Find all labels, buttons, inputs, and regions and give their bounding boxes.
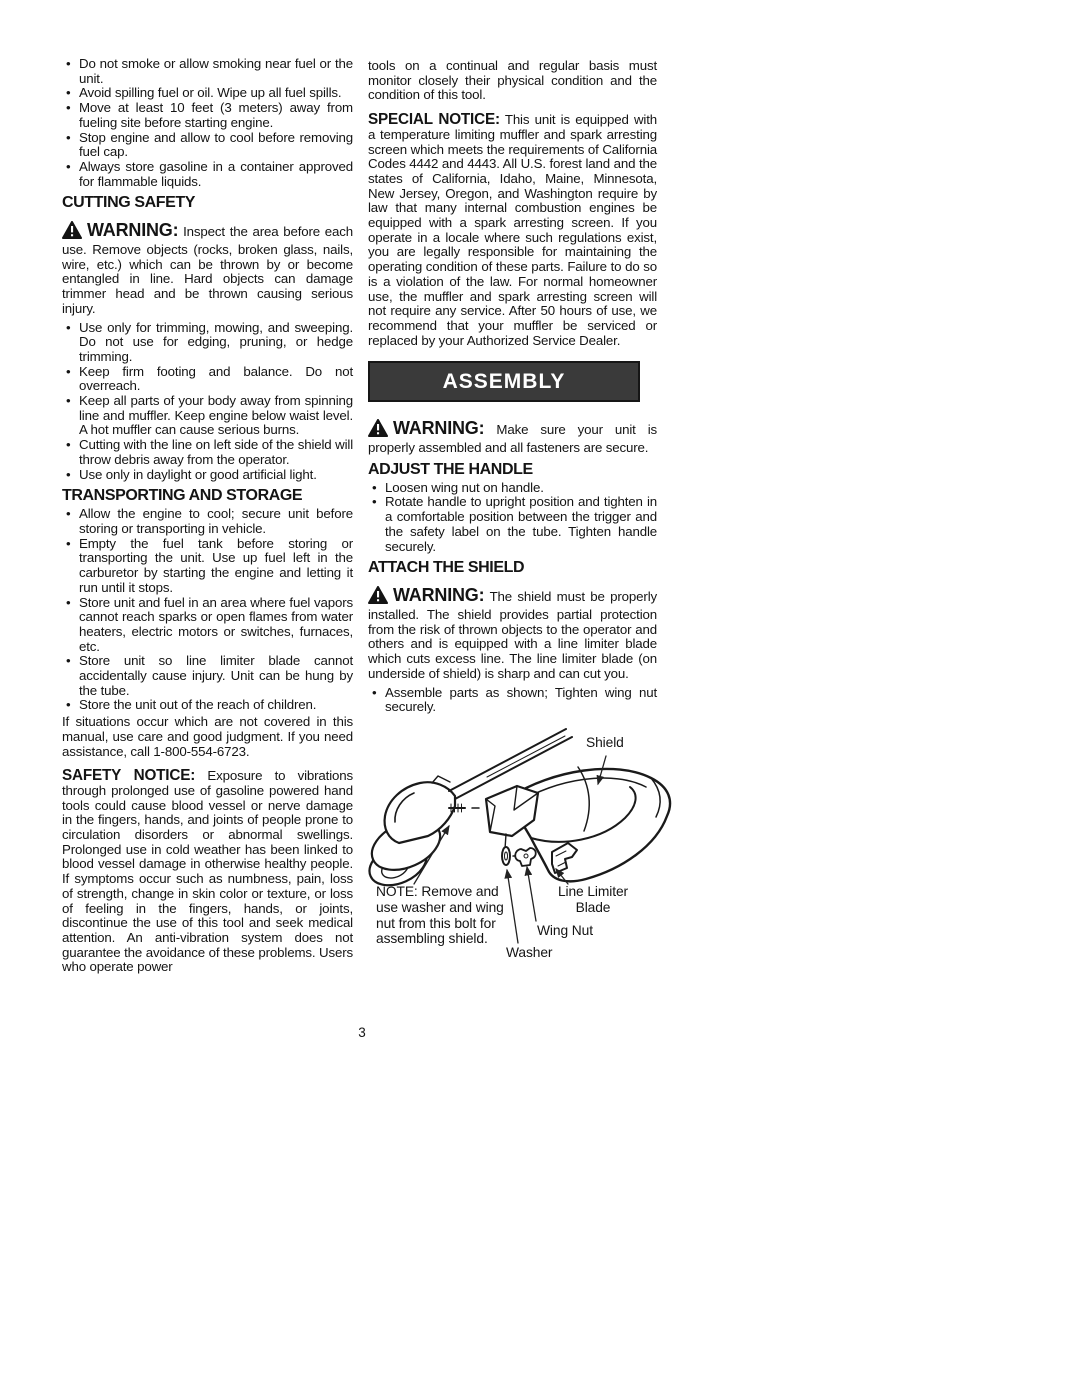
cutting-safety-warning: WARNING: Inspect the area before each us… bbox=[62, 221, 353, 316]
page-number: 3 bbox=[347, 1025, 377, 1040]
warning-label: WARNING: bbox=[87, 220, 178, 240]
attach-shield-list: Assemble parts as shown; Tighten wing nu… bbox=[368, 686, 657, 715]
list-item: Cutting with the line on left side of th… bbox=[79, 438, 353, 467]
transporting-list: Allow the engine to cool; secure unit be… bbox=[62, 507, 353, 713]
washer-drawing bbox=[502, 847, 510, 865]
shield-assembly-figure: Shield NOTE: Remove and use washer and w… bbox=[368, 726, 684, 992]
cutting-safety-heading: CUTTING SAFETY bbox=[62, 194, 353, 212]
list-item: Avoid spilling fuel or oil. Wipe up all … bbox=[79, 86, 353, 101]
list-item: Rotate handle to upright position and ti… bbox=[385, 495, 657, 554]
special-notice-label: SPECIAL NOTICE: bbox=[368, 111, 500, 128]
list-item: Stop engine and allow to cool before rem… bbox=[79, 131, 353, 160]
list-item: Do not smoke or allow smoking near fuel … bbox=[79, 57, 353, 86]
attach-shield-heading: ATTACH THE SHIELD bbox=[368, 559, 657, 577]
washer-label: Washer bbox=[506, 945, 552, 961]
safety-notice-label: SAFETY NOTICE: bbox=[62, 767, 195, 784]
list-item: Keep all parts of your body away from sp… bbox=[79, 394, 353, 438]
manual-page: Do not smoke or allow smoking near fuel … bbox=[0, 0, 1080, 1397]
warning-label: WARNING: bbox=[393, 585, 484, 605]
attach-shield-warning: WARNING: The shield must be properly ins… bbox=[368, 586, 657, 681]
continued-paragraph: tools on a continual and regular basis m… bbox=[368, 59, 657, 103]
adjust-handle-list: Loosen wing nut on handle. Rotate handle… bbox=[368, 481, 657, 555]
list-item: Assemble parts as shown; Tighten wing nu… bbox=[385, 686, 657, 715]
wing-nut-drawing bbox=[515, 848, 536, 866]
shield-label: Shield bbox=[586, 735, 624, 751]
assistance-paragraph: If situations occur which are not covere… bbox=[62, 715, 353, 759]
list-item: Move at least 10 feet (3 meters) away fr… bbox=[79, 101, 353, 130]
special-notice-text: This unit is equipped with a temperature… bbox=[368, 112, 657, 348]
left-column: Do not smoke or allow smoking near fuel … bbox=[62, 57, 353, 977]
list-item: Allow the engine to cool; secure unit be… bbox=[79, 507, 353, 536]
warning-triangle-icon bbox=[368, 586, 388, 608]
safety-notice-text: Exposure to vibrations through prolonged… bbox=[62, 768, 353, 974]
list-item: Loosen wing nut on handle. bbox=[385, 481, 657, 496]
list-item: Store unit so line limiter blade cannot … bbox=[79, 654, 353, 698]
right-column: tools on a continual and regular basis m… bbox=[368, 57, 657, 715]
assembly-warning: WARNING: Make sure your unit is properly… bbox=[368, 419, 657, 455]
special-notice-paragraph: SPECIAL NOTICE: This unit is equipped wi… bbox=[368, 113, 657, 348]
note-label: NOTE: Remove and use washer and wing nut… bbox=[376, 884, 516, 947]
assembly-section-banner: ASSEMBLY bbox=[368, 361, 640, 402]
list-item: Empty the fuel tank before storing or tr… bbox=[79, 537, 353, 596]
list-item: Keep firm footing and balance. Do not ov… bbox=[79, 365, 353, 394]
warning-triangle-icon bbox=[368, 419, 388, 441]
wing-nut-label: Wing Nut bbox=[537, 923, 593, 939]
list-item: Always store gasoline in a container app… bbox=[79, 160, 353, 189]
adjust-handle-heading: ADJUST THE HANDLE bbox=[368, 461, 657, 479]
warning-triangle-icon bbox=[62, 221, 82, 243]
list-item: Use only in daylight or good artificial … bbox=[79, 468, 353, 483]
list-item: Store unit and fuel in an area where fue… bbox=[79, 596, 353, 655]
shield-drawing bbox=[510, 767, 670, 881]
line-limiter-label: Line Limiter Blade bbox=[544, 884, 642, 916]
fuel-safety-list: Do not smoke or allow smoking near fuel … bbox=[62, 57, 353, 189]
cutting-safety-list: Use only for trimming, mowing, and sweep… bbox=[62, 321, 353, 483]
safety-notice-paragraph: SAFETY NOTICE: Exposure to vibrations th… bbox=[62, 769, 353, 975]
transporting-heading: TRANSPORTING AND STORAGE bbox=[62, 487, 353, 505]
warning-label: WARNING: bbox=[393, 418, 484, 438]
list-item: Store the unit out of the reach of child… bbox=[79, 698, 353, 713]
list-item: Use only for trimming, mowing, and sweep… bbox=[79, 321, 353, 365]
wing-nut-arrow bbox=[527, 867, 536, 921]
